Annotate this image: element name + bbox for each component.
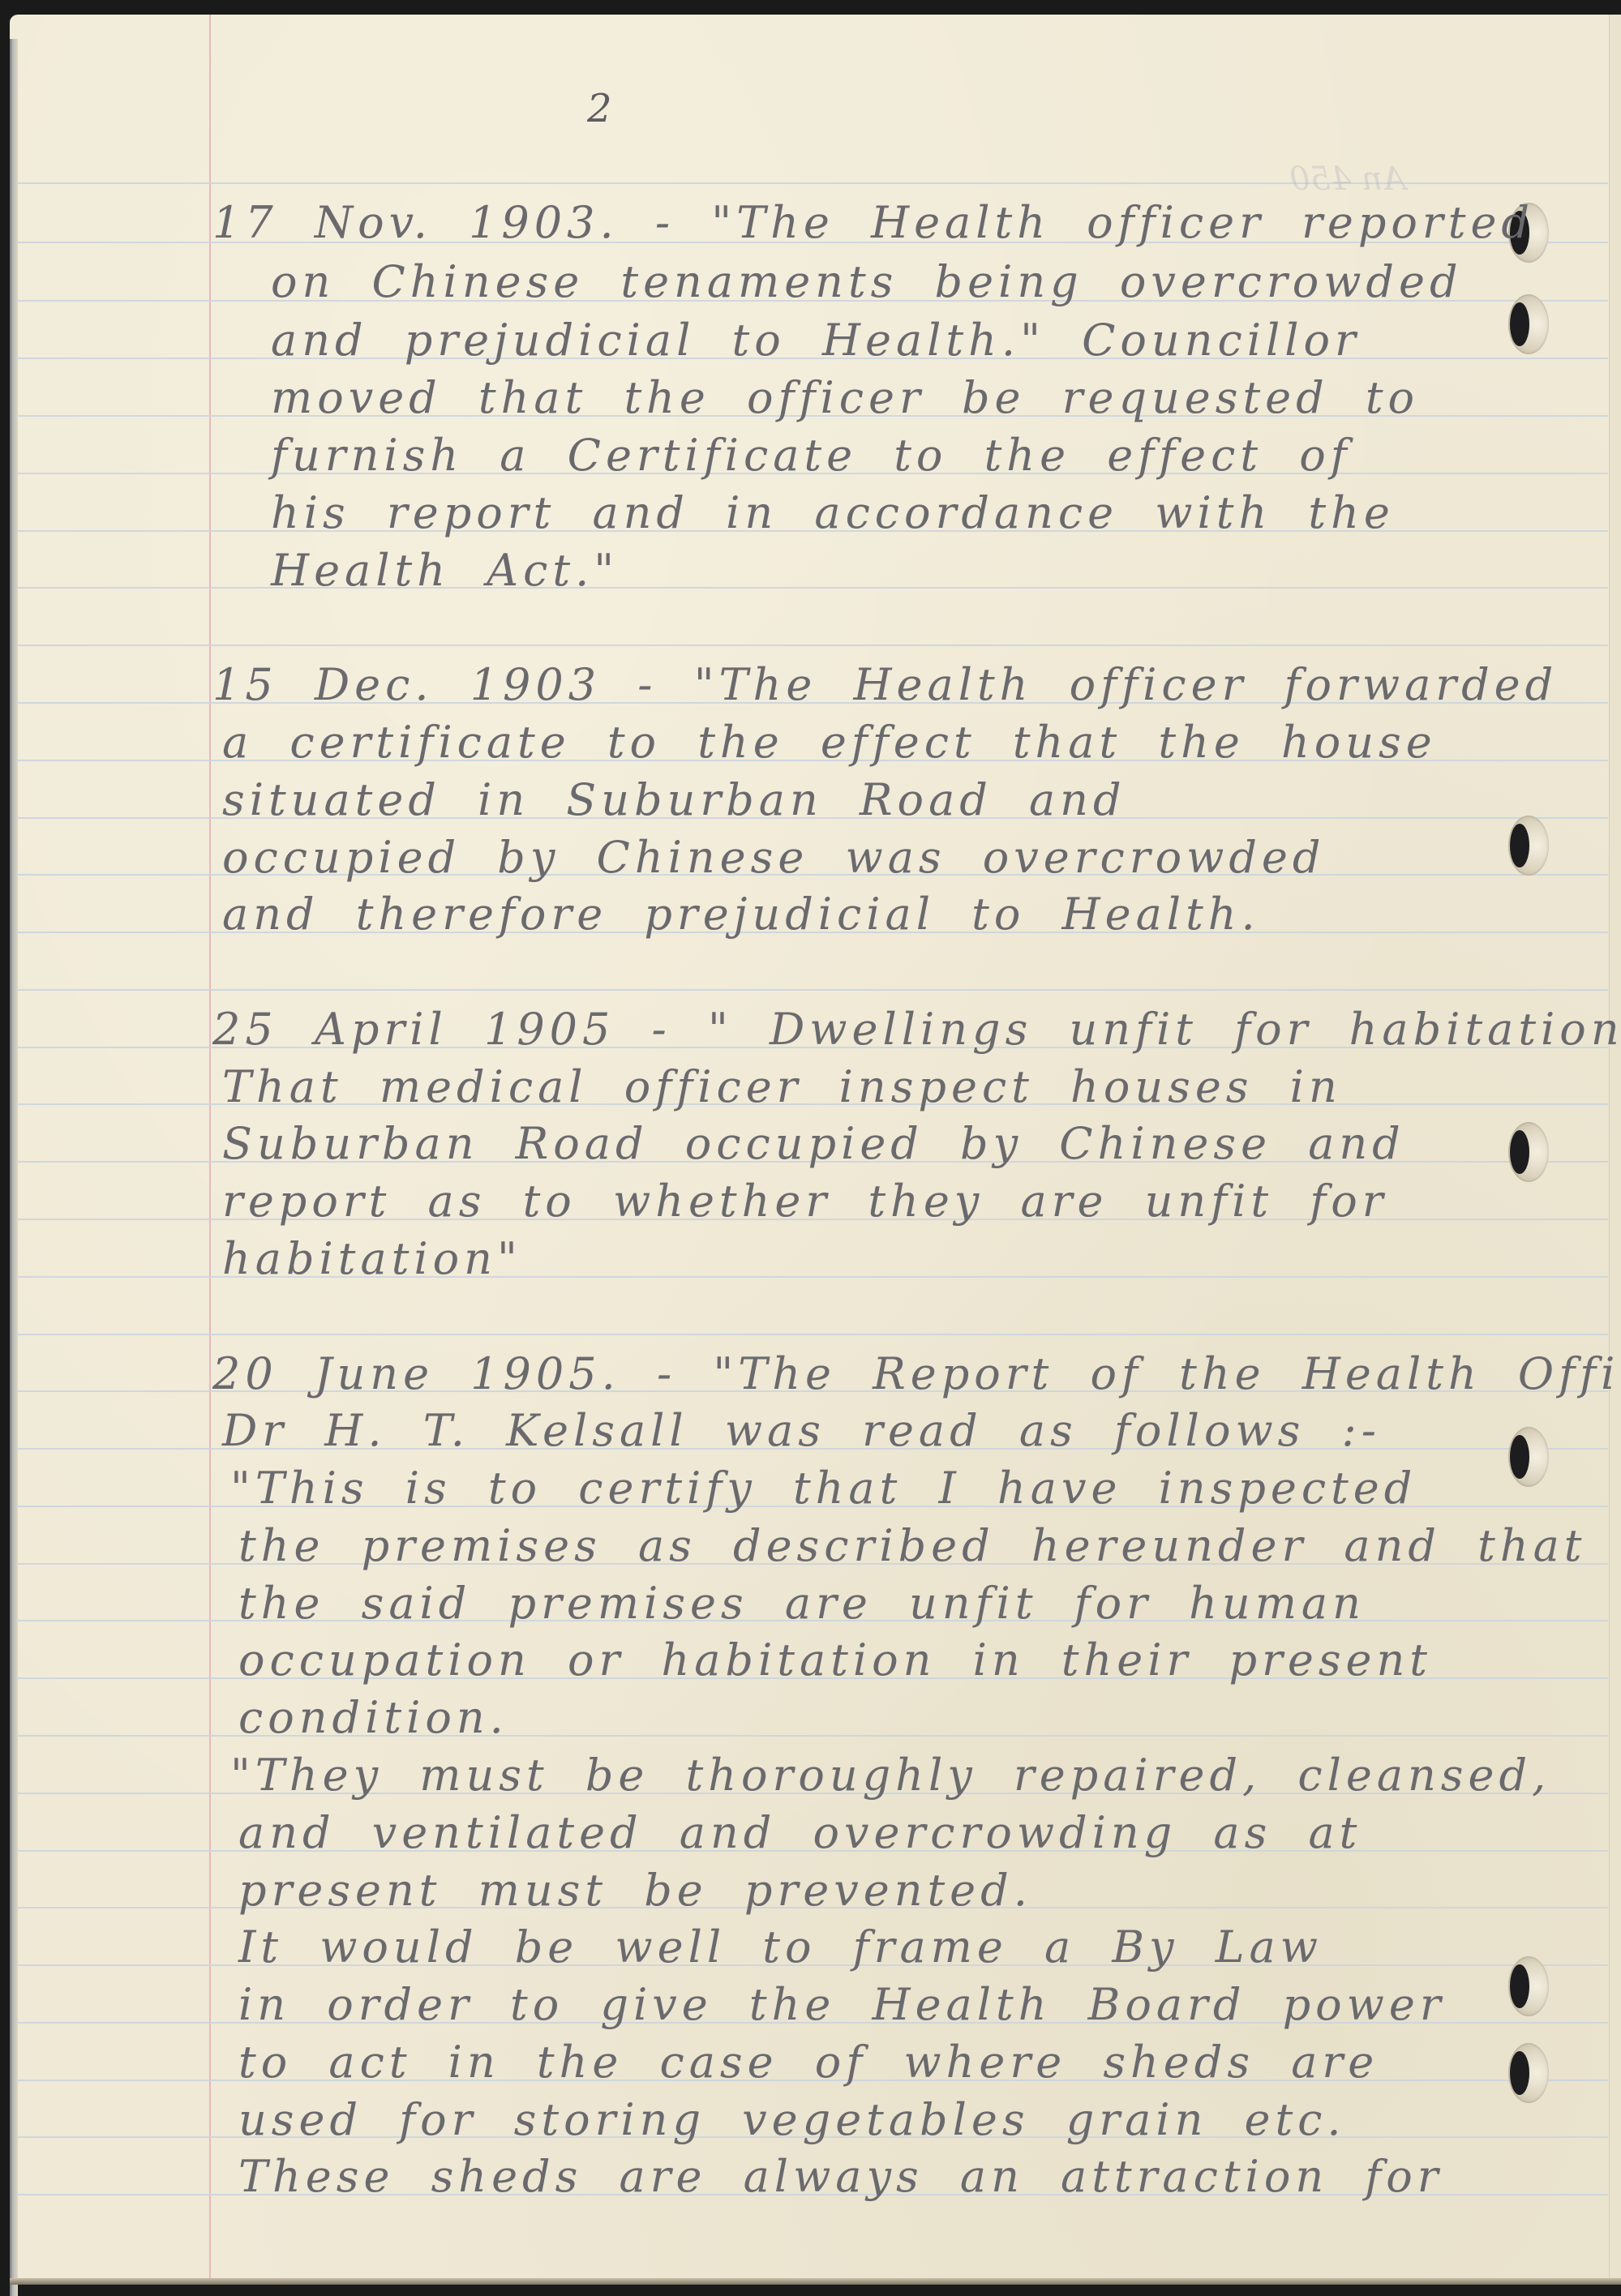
text-line: condition. — [238, 1692, 508, 1743]
text-line: and therefore prejudicial to Health. — [222, 889, 1260, 940]
text-line: That medical officer inspect houses in — [222, 1061, 1342, 1112]
text-line: and ventilated and overcrowding as at — [238, 1807, 1362, 1858]
text-line: occupation or habitation in their presen… — [238, 1634, 1432, 1686]
text-line: "This is to certify that I have inspecte… — [230, 1463, 1417, 1514]
text-line: report as to whether they are unfit for — [222, 1176, 1388, 1227]
margin-line — [209, 15, 211, 2285]
binding-strip — [1609, 15, 1621, 2285]
notebook-page: 2 An 450 17 Nov. 1903. - "The Health off… — [10, 15, 1621, 2285]
page-bottom-edge — [10, 2278, 1621, 2285]
text-line: his report and in accordance with the — [271, 487, 1395, 538]
text-line: to act in the case of where sheds are — [238, 2037, 1379, 2088]
text-line: It would be well to frame a By Law — [238, 1921, 1323, 1973]
punch-hole-icon — [1508, 294, 1549, 354]
text-line: 15 Dec. 1903 - "The Health officer forwa… — [212, 659, 1558, 710]
text-line: and prejudicial to Health." Councillor — [271, 315, 1361, 366]
text-line: moved that the officer be requested to — [271, 372, 1419, 423]
text-line: in order to give the Health Board power — [238, 1979, 1446, 2030]
text-line: 25 April 1905 - " Dwellings unfit for ha… — [212, 1004, 1621, 1055]
page-number: 2 — [587, 86, 612, 131]
text-line: the premises as described hereunder and … — [238, 1520, 1587, 1571]
punch-hole-icon — [1508, 816, 1549, 876]
text-line: Dr H. T. Kelsall was read as follows :- — [222, 1405, 1381, 1456]
text-line: present must be prevented. — [238, 1865, 1032, 1916]
punch-hole-icon — [1508, 2043, 1549, 2103]
text-line: a certificate to the effect that the hou… — [222, 717, 1437, 768]
text-line: occupied by Chinese was overcrowded — [222, 832, 1325, 883]
ruled-line — [18, 1334, 1608, 1335]
bleed-through-text: An 450 — [1289, 161, 1406, 198]
text-line: 17 Nov. 1903. - "The Health officer repo… — [212, 197, 1534, 248]
ruled-line — [18, 989, 1608, 991]
text-line: used for storing vegetables grain etc. — [238, 2094, 1346, 2145]
text-line: habitation" — [222, 1233, 522, 1284]
text-line: "They must be thoroughly repaired, clean… — [230, 1750, 1550, 1801]
text-line: situated in Suburban Road and — [222, 774, 1126, 825]
text-line: These sheds are always an attraction for — [238, 2151, 1443, 2202]
ruled-line — [18, 587, 1608, 589]
text-line: the said premises are unfit for human — [238, 1578, 1366, 1629]
text-line: furnish a Certificate to the effect of — [271, 430, 1352, 481]
punch-hole-icon — [1508, 1427, 1549, 1487]
text-line: on Chinese tenaments being overcrowded — [271, 256, 1463, 307]
punch-hole-icon — [1508, 1122, 1549, 1182]
punch-hole-icon — [1508, 1956, 1549, 2016]
text-line: Suburban Road occupied by Chinese and — [222, 1118, 1405, 1169]
text-line: Health Act." — [271, 545, 619, 596]
ruled-line — [18, 645, 1608, 646]
page-stack-edge — [10, 39, 18, 2296]
text-line: 20 June 1905. - "The Report of the Healt… — [212, 1348, 1621, 1399]
